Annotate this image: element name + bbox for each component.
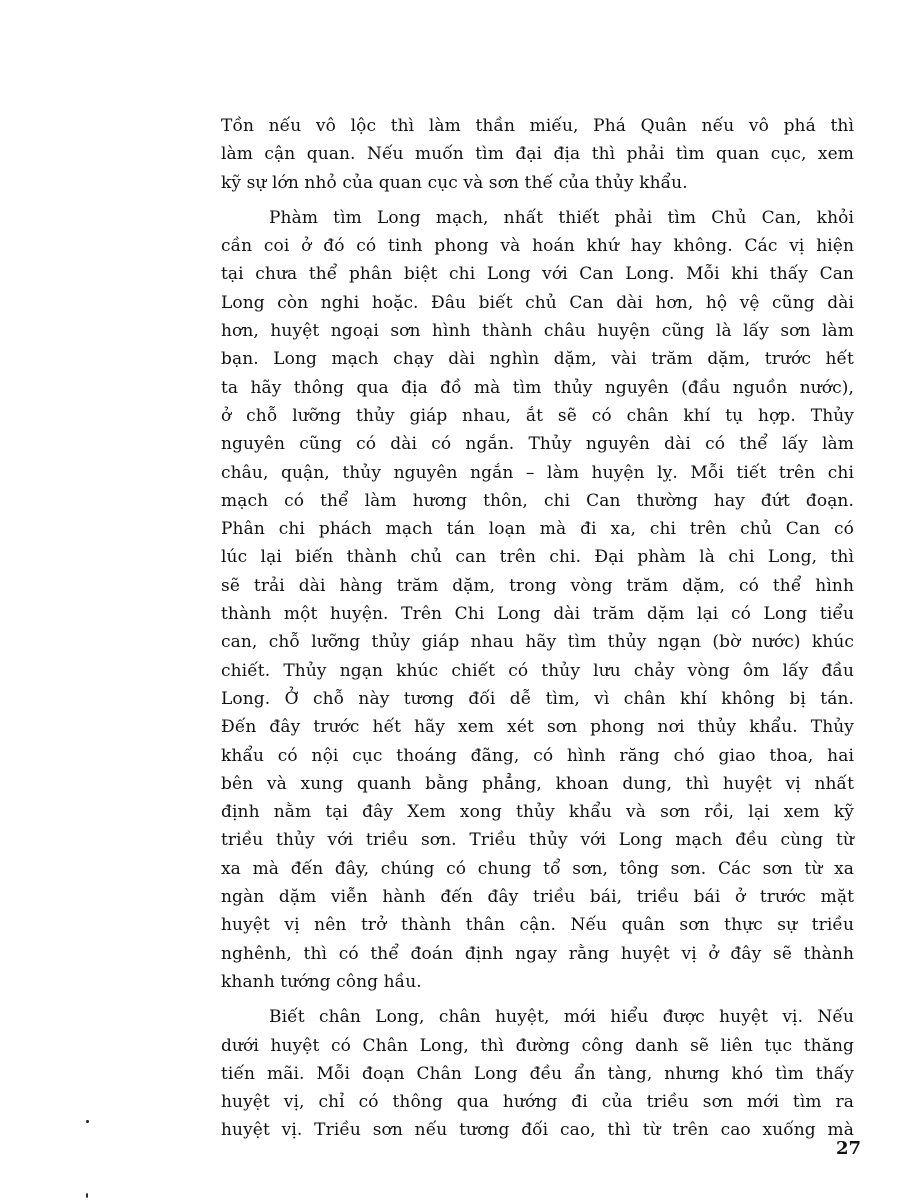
page-number: 27 — [836, 1138, 861, 1159]
text-line: huyệt vị. Triều sơn nếu tương đối cao, t… — [221, 1116, 854, 1144]
text-line: chiết. Thủy ngạn khúc chiết có thủy lưu … — [221, 657, 854, 685]
paragraph-spacer — [221, 197, 854, 204]
text-line: huyệt vị nên trở thành thân cận. Nếu quâ… — [221, 911, 854, 939]
text-line: Đến đây trước hết hãy xem xét sơn phong … — [221, 713, 854, 741]
text-line: Tồn nếu vô lộc thì làm thần miếu, Phá Qu… — [221, 112, 854, 140]
text-line: khanh tướng công hầu. — [221, 968, 854, 996]
text-line: Long. Ở chỗ này tương đối dễ tìm, vì châ… — [221, 685, 854, 713]
text-line: lúc lại biến thành chủ can trên chi. Đại… — [221, 543, 854, 571]
text-line: định nằm tại đây Xem xong thủy khẩu và s… — [221, 798, 854, 826]
text-line: sẽ trải dài hàng trăm dặm, trong vòng tr… — [221, 572, 854, 600]
scan-speck — [86, 1193, 88, 1198]
text-line: khẩu có nội cục thoáng đãng, có hình răn… — [221, 742, 854, 770]
text-line: hơn, huyệt ngoại sơn hình thành châu huy… — [221, 317, 854, 345]
text-line: Phàm tìm Long mạch, nhất thiết phải tìm … — [221, 204, 854, 232]
text-line: nguyên cũng có dài có ngắn. Thủy nguyên … — [221, 430, 854, 458]
text-line: ta hãy thông qua địa đồ mà tìm thủy nguy… — [221, 374, 854, 402]
text-line: xa mà đến đây, chúng có chung tổ sơn, tô… — [221, 855, 854, 883]
paragraph-3: Biết chân Long, chân huyệt, mới hiểu đượ… — [221, 1003, 854, 1144]
paragraph-2: Phàm tìm Long mạch, nhất thiết phải tìm … — [221, 204, 854, 996]
body-text: Tồn nếu vô lộc thì làm thần miếu, Phá Qu… — [221, 112, 854, 1145]
text-line: làm cận quan. Nếu muốn tìm đại địa thì p… — [221, 140, 854, 168]
text-line: Biết chân Long, chân huyệt, mới hiểu đượ… — [221, 1003, 854, 1031]
paragraph-spacer — [221, 996, 854, 1003]
scan-speck — [86, 1120, 89, 1123]
text-line: can, chỗ lưỡng thủy giáp nhau hãy tìm th… — [221, 628, 854, 656]
paragraph-1: Tồn nếu vô lộc thì làm thần miếu, Phá Qu… — [221, 112, 854, 197]
text-line: bên và xung quanh bằng phẳng, khoan dung… — [221, 770, 854, 798]
text-line: Phân chi phách mạch tán loạn mà đi xa, c… — [221, 515, 854, 543]
text-line: dưới huyệt có Chân Long, thì đường công … — [221, 1032, 854, 1060]
text-line: kỹ sự lớn nhỏ của quan cục và sơn thế củ… — [221, 169, 854, 197]
text-line: thành một huyện. Trên Chi Long dài trăm … — [221, 600, 854, 628]
text-line: nghênh, thì có thể đoán định ngay rằng h… — [221, 940, 854, 968]
text-line: Long còn nghi hoặc. Đâu biết chủ Can dài… — [221, 289, 854, 317]
text-line: ngàn dặm viễn hành đến đây triều bái, tr… — [221, 883, 854, 911]
text-line: ở chỗ lưỡng thủy giáp nhau, ắt sẽ có châ… — [221, 402, 854, 430]
text-line: triều thủy với triều sơn. Triều thủy với… — [221, 826, 854, 854]
text-line: huyệt vị, chỉ có thông qua hướng đi của … — [221, 1088, 854, 1116]
text-line: tại chưa thể phân biệt chi Long với Can … — [221, 260, 854, 288]
text-line: châu, quận, thủy nguyên ngắn – làm huyện… — [221, 459, 854, 487]
text-line: bạn. Long mạch chạy dài nghìn dặm, vài t… — [221, 345, 854, 373]
book-page: Tồn nếu vô lộc thì làm thần miếu, Phá Qu… — [0, 0, 921, 1200]
text-line: cần coi ở đó có tinh phong và hoán khứ h… — [221, 232, 854, 260]
text-line: mạch có thể làm hương thôn, chi Can thườ… — [221, 487, 854, 515]
text-line: tiến mãi. Mỗi đoạn Chân Long đều ẩn tàng… — [221, 1060, 854, 1088]
